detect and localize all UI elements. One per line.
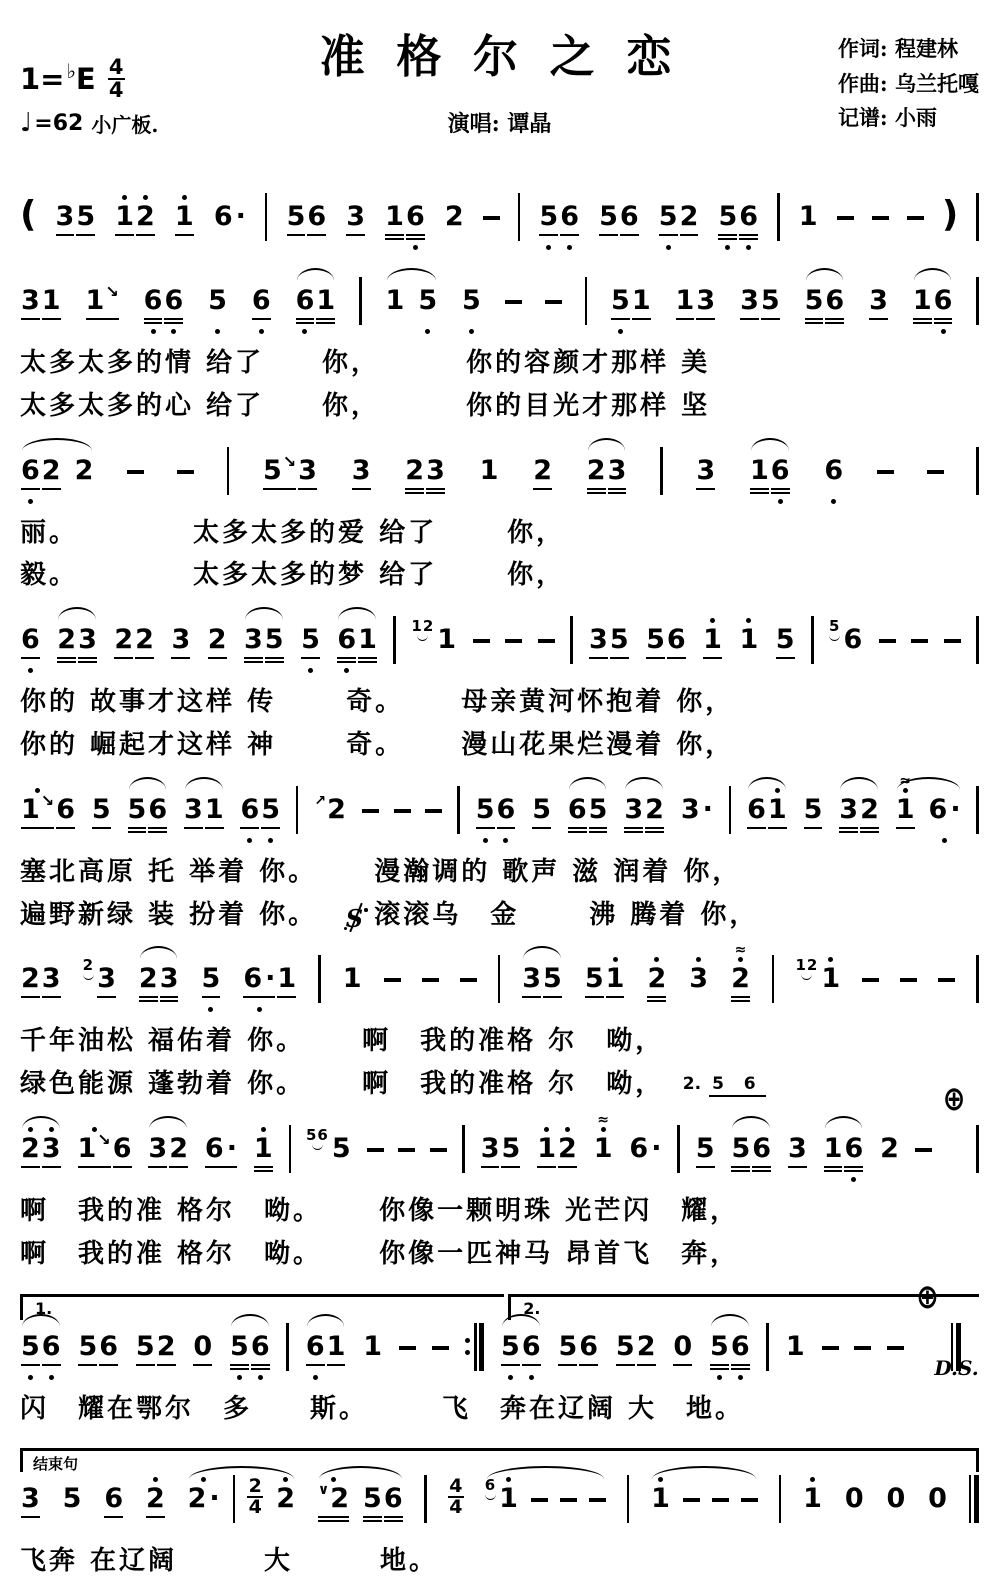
duration-dash [927,470,944,474]
note-group: 5 [62,1474,83,1535]
note-digit-column: 2 [444,192,465,253]
note-digit-column: 5 [229,1322,250,1383]
note-group: 22 [113,615,155,676]
note-group-row: 6· [204,1124,238,1185]
note-group-row: 1↘6 [20,785,76,846]
note-glyphs: 5 [775,615,796,676]
lyricist-credit: 作词: 程建林 [838,32,979,67]
note-glyphs: 56 [77,1322,119,1383]
note-group: 23 [56,615,98,676]
beam-underlines [568,825,587,836]
note-glyphs: 22 [113,615,155,676]
octave-dot-below-slot [148,1175,167,1185]
note-digit-column: 6 [746,785,767,846]
beam-underlines [710,1362,729,1373]
note-digit-column: 5 [127,785,148,846]
beam-underlines [844,1164,863,1175]
octave-dot-below-slot [696,1175,715,1185]
note-digit: 2 [42,456,61,486]
beam-underlines [624,825,643,836]
note-group: 56 [557,1322,599,1383]
note-group-row: 6 [103,1474,124,1535]
note-glyphs: 0 [927,1474,948,1535]
beam-underlines [501,1164,520,1175]
note-glyphs: 5 [417,276,438,337]
note-digit-column: 1 [276,954,297,1015]
beam-line [42,488,61,490]
note-group-row: 56 [538,192,580,253]
octave-dot [654,957,659,962]
note-group: 6 [20,615,41,676]
beam-underlines [718,232,737,243]
beam-underlines [651,1514,670,1525]
beam-underlines [667,655,686,666]
duration-dash [422,978,439,982]
octave-dot-below-slot [437,666,456,676]
octave-dot-below-slot [481,1175,500,1185]
octave-dot-below-slot [56,243,75,253]
note-digit: 5 [78,1332,97,1362]
note-group-row: 23 [404,446,446,507]
octave-dot-below-slot [78,666,97,676]
beam-underlines [752,1164,771,1175]
octave-dot-below-slot [696,327,715,337]
note-digit: 5 [731,1134,750,1164]
note-digit-column: 1 [384,192,405,253]
octave-dot [259,329,264,334]
octave-dot [151,329,156,334]
octave-dot-below-slot [78,1373,97,1383]
slur-group: 2·242 [187,1474,296,1535]
note-digit-column: 3 [787,1124,808,1185]
note-group-row: 56 [804,276,846,337]
beam-underlines [184,825,203,836]
note-glyphs: 56 [645,615,687,676]
octave-dot-below-slot [243,1005,275,1015]
octave-dot [666,245,671,250]
note-group-row: 61 [305,1322,347,1383]
beam-underlines [56,232,75,243]
beam-underlines [860,825,879,836]
beam-underlines [418,316,437,327]
octave-dot [237,1375,242,1380]
note-digit: 2 [276,1484,295,1514]
time-signature: 4 4 [108,58,125,100]
octave-dot-below-slot [681,836,713,846]
beam-underlines [244,655,263,666]
note-digit: 3 [171,625,190,655]
note-group: 1≈ [593,1124,614,1185]
note-digit-column: 3 [20,276,41,337]
note-digit-column: 2 [207,615,228,676]
octave-dot [942,838,947,843]
beam-line [21,1364,40,1366]
note-digit: 6 [522,1332,541,1362]
key-prefix: 1= [20,62,64,96]
note-digit-column: 3 [96,954,117,1015]
note-digit-column: 6 [143,276,164,337]
beam-line [731,1166,750,1168]
note-glyphs: 52 [615,1322,657,1383]
beam-line [587,492,606,494]
note-group-row: 1≈ [895,785,916,846]
beam-underlines [21,486,40,497]
beam-underlines [115,232,134,243]
octave-dot-below-slot [104,1525,123,1535]
note-digit: 3 [696,456,715,486]
beam-line [750,492,769,494]
beam-underlines [426,486,445,497]
note-group-row: 1 [479,446,500,507]
note-glyphs: 3 [20,1474,41,1535]
octave-dot-below-slot [804,836,823,846]
beam-line [585,996,604,998]
note-digit: 2· [188,1484,220,1514]
note-group-row: 5 [62,1474,83,1535]
octave-dot [506,1477,511,1482]
barline [772,955,775,1003]
beam-line [318,1516,349,1518]
octave-dot [567,245,572,250]
beam-underlines [599,232,618,243]
note-glyphs: 1 [174,192,195,253]
note-glyphs: 31 [20,276,62,337]
octave-dot-below-slot [611,327,630,337]
beam-line [752,1166,771,1168]
octave-dot [710,618,715,623]
note-digit: 3 [608,456,627,486]
note-group: 23 [20,954,62,1015]
beam-line [175,234,194,236]
barline [498,955,501,1003]
note-digit: 5 [287,202,306,232]
beam-underlines [252,316,271,327]
note-digit-column: 1 [362,1322,383,1383]
note-glyphs: 56 [127,785,169,846]
octave-dot [302,329,307,334]
note-group-row: 12 [536,1124,578,1185]
note-group-row: 61 [746,785,788,846]
note-digit-column: 1 [749,446,770,507]
beam-underlines [208,655,227,666]
note-digit: 2 [136,202,155,232]
note-digit-column: 1 [436,615,457,676]
note-group: 3 [170,615,191,676]
note-glyphs: 6 [20,615,41,676]
composer-credit: 作曲: 乌兰托嘎 [838,67,979,102]
beam-line [42,1166,61,1168]
note-digit-column: 3· [680,785,714,846]
octave-dot-below-slot [160,1005,179,1015]
note-group-row: 23 [20,1124,62,1185]
note-digit: 5 [532,795,551,825]
duration-dash [944,639,961,643]
beam-line [56,827,75,829]
octave-dot [143,195,148,200]
barline [811,616,814,664]
note-digit-column: 5 [588,785,609,846]
duration-dash [907,216,924,220]
note-group: 0 [885,1474,906,1535]
beam-underlines [928,1514,947,1525]
note-digit: 1 [768,795,787,825]
meter-top: 4 [449,1478,462,1495]
note-digit-column: 6 [251,276,272,337]
octave-dot-below-slot [558,1175,577,1185]
note-digit-column: 6 [567,785,588,846]
note-group-row: 52 [135,1322,177,1383]
octave-dot-below-slot [352,497,371,507]
note-digit-column: 1 [785,1322,806,1383]
note-group: 51 [610,276,652,337]
note-digit: 1 [42,286,61,316]
beam-line [193,1364,212,1366]
note-glyphs: 1 [798,192,819,253]
beam-line [146,1516,165,1518]
transcriber-credit: 记谱: 小雨 [838,101,979,136]
note-group: 3 [787,1124,808,1185]
duration-dash [900,978,917,982]
beam-underlines [42,994,61,1005]
barline [976,786,979,834]
note-group: 56 [127,785,169,846]
duration-dash [837,216,854,220]
note-digit: 5 [76,202,95,232]
beam-underlines [768,825,787,836]
octave-dot [313,1375,318,1380]
note-group-row: 32 [147,1124,189,1185]
octave-dot [851,1177,856,1182]
octave-dot-below-slot [21,327,40,337]
lyrics-line: 塞北高原 托 举着 你。 漫瀚调的 歌声 滋 润着 你， [20,856,979,890]
note-group: 6 [251,276,272,337]
beam-underlines [589,825,608,836]
note-group-row: 1 [174,192,195,253]
beam-line [532,827,551,829]
note-digit-column: 5 [531,785,552,846]
octave-dot-below-slot [843,666,862,676]
octave-dot-below-slot [405,497,424,507]
beam-line [426,488,445,490]
beam-line [164,318,183,320]
note-glyphs: 56 [286,192,328,253]
note-group-row: 6 [251,276,272,337]
grace-tie-icon [829,635,840,641]
note-digit: 1 [786,1332,805,1362]
note-group: 2 [646,954,667,1015]
note-digit: 6 [824,456,843,486]
note-group: 56 [500,1322,542,1383]
note-digit-column: 5 [658,192,679,253]
note-glyphs: 3 [345,192,366,253]
note-group: 1 [650,1474,671,1535]
beam-line [620,234,639,236]
note-group: 3 [868,276,889,337]
duration-dash [938,978,955,982]
beam-line [589,827,608,829]
note-group-row: 23 [138,954,180,1015]
octave-dot-below-slot [240,836,259,846]
octave-dot-below-slot [63,1525,82,1535]
note-digit-column: 1 [650,1474,671,1535]
notes-row: 311↘66566115551133556316 [20,276,979,338]
note-group: 1 [362,1322,383,1383]
octave-dot-below-slot [261,836,280,846]
note-group-row: 1 [785,1322,806,1383]
note-digit-column: 5 [260,785,281,846]
note-glyphs: 5 [207,276,228,337]
note-digit: 6· [929,795,961,825]
octave-dot-below-slot [76,243,95,253]
note-group-row: 1≈ [593,1124,614,1185]
beam-underlines [497,825,516,836]
note-digit: 6 [144,286,163,316]
duration-dash [483,216,500,220]
note-group-row: 5 [461,276,482,337]
note-digit: 1 [205,795,224,825]
note-group: 2 [532,446,553,507]
note-digit: 1↘ [78,1134,111,1164]
note-group-row: 51 [584,954,626,1015]
note-group: 61 [336,615,378,676]
beam-underlines [659,232,678,243]
beam-line [869,318,888,320]
note-digit-column: 2 [134,615,155,676]
duration-dash [877,470,894,474]
octave-dot-below-slot [385,243,404,253]
note-group: 5 [300,615,321,676]
beam-underlines [799,232,818,243]
beam-line [251,1364,270,1366]
note-group-row: 1 [253,1124,274,1185]
note-digit: 5 [208,286,227,316]
barline [976,955,979,1003]
note-glyphs: 3 [96,954,117,1015]
note-digit-column: 3 [159,954,180,1015]
note-glyphs: 32 [147,1124,189,1185]
note-digit-column: 6 [751,1124,772,1185]
beam-line [78,1364,97,1366]
note-digit-column: 6 [559,192,580,253]
beam-underlines [804,825,823,836]
note-digit: 2 [169,1134,188,1164]
note-group-row: 56 [829,615,863,676]
note-glyphs: 3 [868,276,889,337]
duration-dash [398,1148,415,1152]
note-digit-column: 1 [342,954,363,1015]
note-digit-column: 1 [498,1474,519,1535]
beam-line [804,827,823,829]
octave-dot-below-slot [522,1005,541,1015]
beam-underlines [673,1362,692,1373]
meter-top: 4 [109,58,124,77]
volta-2-bracket: 2. [508,1294,979,1320]
octave-dot-below-slot [624,836,643,846]
note-digit: 6· [243,964,275,994]
slur-group: 1 [650,1474,758,1535]
note-digit-column: 1 [253,1124,274,1185]
beam-line [97,996,116,998]
note-group: 51 [584,954,626,1015]
note-digit: 1 [277,964,296,994]
note-digit: 1 [803,1484,822,1514]
octave-dot-below-slot [78,1175,111,1185]
octave-dot [28,1375,33,1380]
beam-underlines [386,316,405,327]
lyrics-line: 绿色能源 蓬勃着 你。 啊 我的准格 尔 呦， [20,1068,979,1102]
beam-line [78,657,97,659]
note-digit-column: 5 [20,1322,41,1383]
note-group-row: 5 [695,1124,716,1185]
octave-dot-below-slot [75,497,94,507]
note-glyphs: 56 [20,1322,62,1383]
barline [424,1475,427,1523]
barline [289,1125,292,1173]
beam-underlines [21,1164,40,1175]
note-group: 3 [20,1474,41,1535]
note-digit: 1 [606,964,625,994]
barline [660,447,663,495]
beam-underlines [771,486,790,497]
duration-dash [560,1498,577,1502]
slur-group: 1≈6· [895,785,962,846]
beam-line [243,996,275,998]
beam-underlines [86,316,119,327]
note-digit: 5 [558,1332,577,1362]
note-group: 3 [688,954,709,1015]
duration-dash [384,978,401,982]
octave-dot-below-slot [208,327,227,337]
beam-line [251,1368,270,1370]
octave-dot-below-slot [42,1373,61,1383]
note-glyphs: 2≈ [730,954,751,1015]
barline [393,616,396,664]
note-group-row: 2 [444,192,465,253]
beam-line [501,1364,520,1366]
key-signature: 1=♭E 4 4 [20,58,158,100]
note-digit: 5 [804,795,823,825]
beam-line [184,827,203,829]
octave-dot-below-slot [113,1175,132,1185]
note-digit: 2 [445,202,464,232]
segno-icon: S [346,904,366,932]
note-group-row: 56 [557,1322,599,1383]
final-barline [969,1475,979,1523]
note-group: 0 [844,1474,865,1535]
octave-dot-below-slot [343,1005,362,1015]
note-digit: 2 [645,795,664,825]
note-group: 121 [795,954,841,1015]
octave-dot-below-slot [418,327,437,337]
note-glyphs: 56 [557,1322,599,1383]
key-tempo-block: 1=♭E 4 4 ♩=62 小广板. [20,58,158,138]
octave-dot-below-slot [761,327,780,337]
octave-dot-below-slot [332,1175,351,1185]
beam-line [406,238,425,240]
octave-dot [696,957,701,962]
grace-notes: 6 [485,1478,496,1500]
note-digit-column: 6· [242,954,276,1015]
octave-dot-below-slot [731,1373,750,1383]
note-digit-column: 2 [636,1322,657,1383]
note-digit: 6· [214,202,246,232]
note-digit-column: 2 [168,1124,189,1185]
note-digit: 5 [301,625,320,655]
beam-line [645,831,664,833]
note-glyphs: 66 [143,276,185,337]
note-digit-column: 5 [207,276,228,337]
note-digit: 5 [418,286,437,316]
